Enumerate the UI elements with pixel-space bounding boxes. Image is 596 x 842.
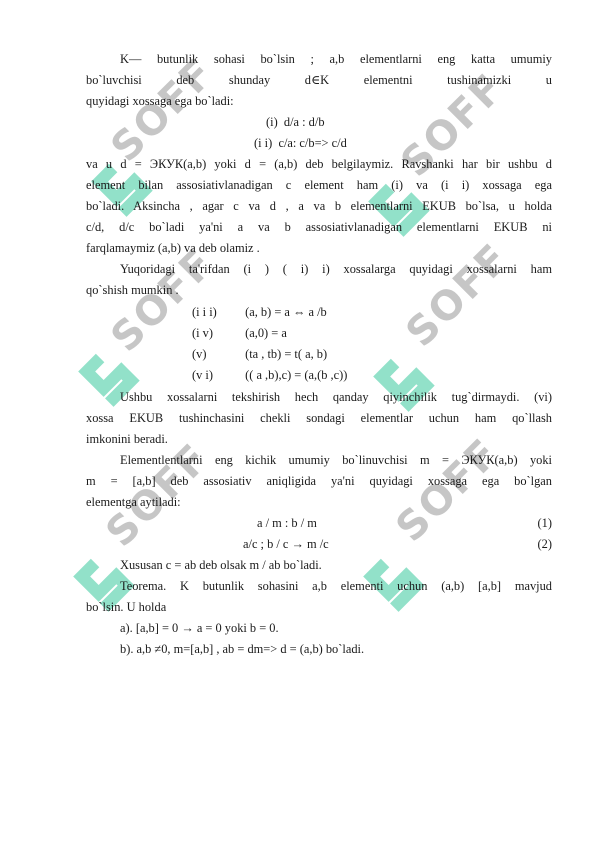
text-line: bo`lsin. U holda [86, 600, 552, 614]
text-line: bo`ladi. Aksincha , agar c va d , a va b… [86, 199, 552, 213]
text-line: element bilan assosiativlanadigan c elem… [86, 178, 552, 192]
property-v: (v) (ta , tb) = t( a, b) [192, 347, 327, 362]
property-i: (i) d/a : d/b [266, 115, 325, 130]
property-expr: (a,0) = a [245, 326, 287, 340]
property-label: (i) [266, 115, 278, 129]
soff-logo-icon [64, 329, 156, 421]
text-line: qo`shish mumkin . [86, 283, 552, 297]
property-expr: c/a: c/b=> c/d [278, 136, 346, 150]
property-vi: (v i) (( a ,b),c) = (a,(b ,c)) [192, 368, 347, 383]
text-line: Elementlentlarni eng kichik umumiy bo`li… [120, 453, 552, 467]
text-line: m = [a,b] deb assosiativ aniqligida ya'n… [86, 474, 552, 488]
text-line: quyidagi xossaga ega bo`ladi: [86, 94, 552, 108]
property-label: (i i i) [192, 305, 242, 320]
property-expr: (ta , tb) = t( a, b) [245, 347, 327, 361]
property-iii: (i i i) (a, b) = a ⇔ a /b [192, 305, 327, 320]
document-page: SOFF SOFF SOFF SOFF SOFF SOFF K— butunli… [0, 0, 596, 842]
theorem-item-a: a). [a,b] = 0 → a = 0 yoki b = 0. [120, 621, 552, 635]
equation-number: (1) [538, 516, 552, 531]
property-label: (v i) [192, 368, 242, 383]
property-label: (i v) [192, 326, 242, 341]
watermark-text: SOFF [387, 430, 508, 551]
equation-2: a/c ; b / c → m /c [243, 537, 329, 552]
property-expr: (a, b) = a ⇔ a /b [245, 305, 327, 319]
property-expr: (( a ,b),c) = (a,(b ,c)) [245, 368, 347, 382]
text-line: bo`luvchisi deb shunday d∈K elementni tu… [86, 73, 552, 87]
text-line: K— butunlik sohasi bo`lsin ; a,b element… [120, 52, 552, 66]
watermark: SOFF [95, 95, 265, 215]
text-line: Ushbu xossalarni tekshirish hech qanday … [120, 390, 552, 404]
text-line: Xususan c = ab deb olsak m / ab bo`ladi. [120, 558, 552, 572]
property-label: (v) [192, 347, 242, 362]
text-line: imkonini beradi. [86, 432, 552, 446]
watermark-text: SOFF [102, 240, 223, 361]
theorem-line: Teorema. K butunlik sohasini a,b element… [120, 579, 552, 593]
text-line: xossa EKUB tushinchasini chekli sondagi … [86, 411, 552, 425]
watermark-text: SOFF [102, 50, 223, 171]
text-line: farqlamaymiz (a,b) va deb olamiz . [86, 241, 552, 255]
property-expr: d/a : d/b [284, 115, 325, 129]
text-line: elementga aytiladi: [86, 495, 552, 509]
equation-1: a / m : b / m [257, 516, 317, 531]
property-iv: (i v) (a,0) = a [192, 326, 287, 341]
property-label: (i i) [254, 136, 272, 150]
text-line: Yuqoridagi ta'rifdan (i ) ( i) i) xossal… [120, 262, 552, 276]
text-line: va u d = ЭКУК(a,b) yoki d = (a,b) deb be… [86, 157, 552, 171]
equation-number: (2) [538, 537, 552, 552]
text-line: c/d, d/c bo`ladi ya'ni a va b assosiativ… [86, 220, 552, 234]
theorem-item-b: b). a,b ≠0, m=[a,b] , ab = dm=> d = (a,b… [120, 642, 552, 656]
property-ii: (i i) c/a: c/b=> c/d [254, 136, 347, 151]
